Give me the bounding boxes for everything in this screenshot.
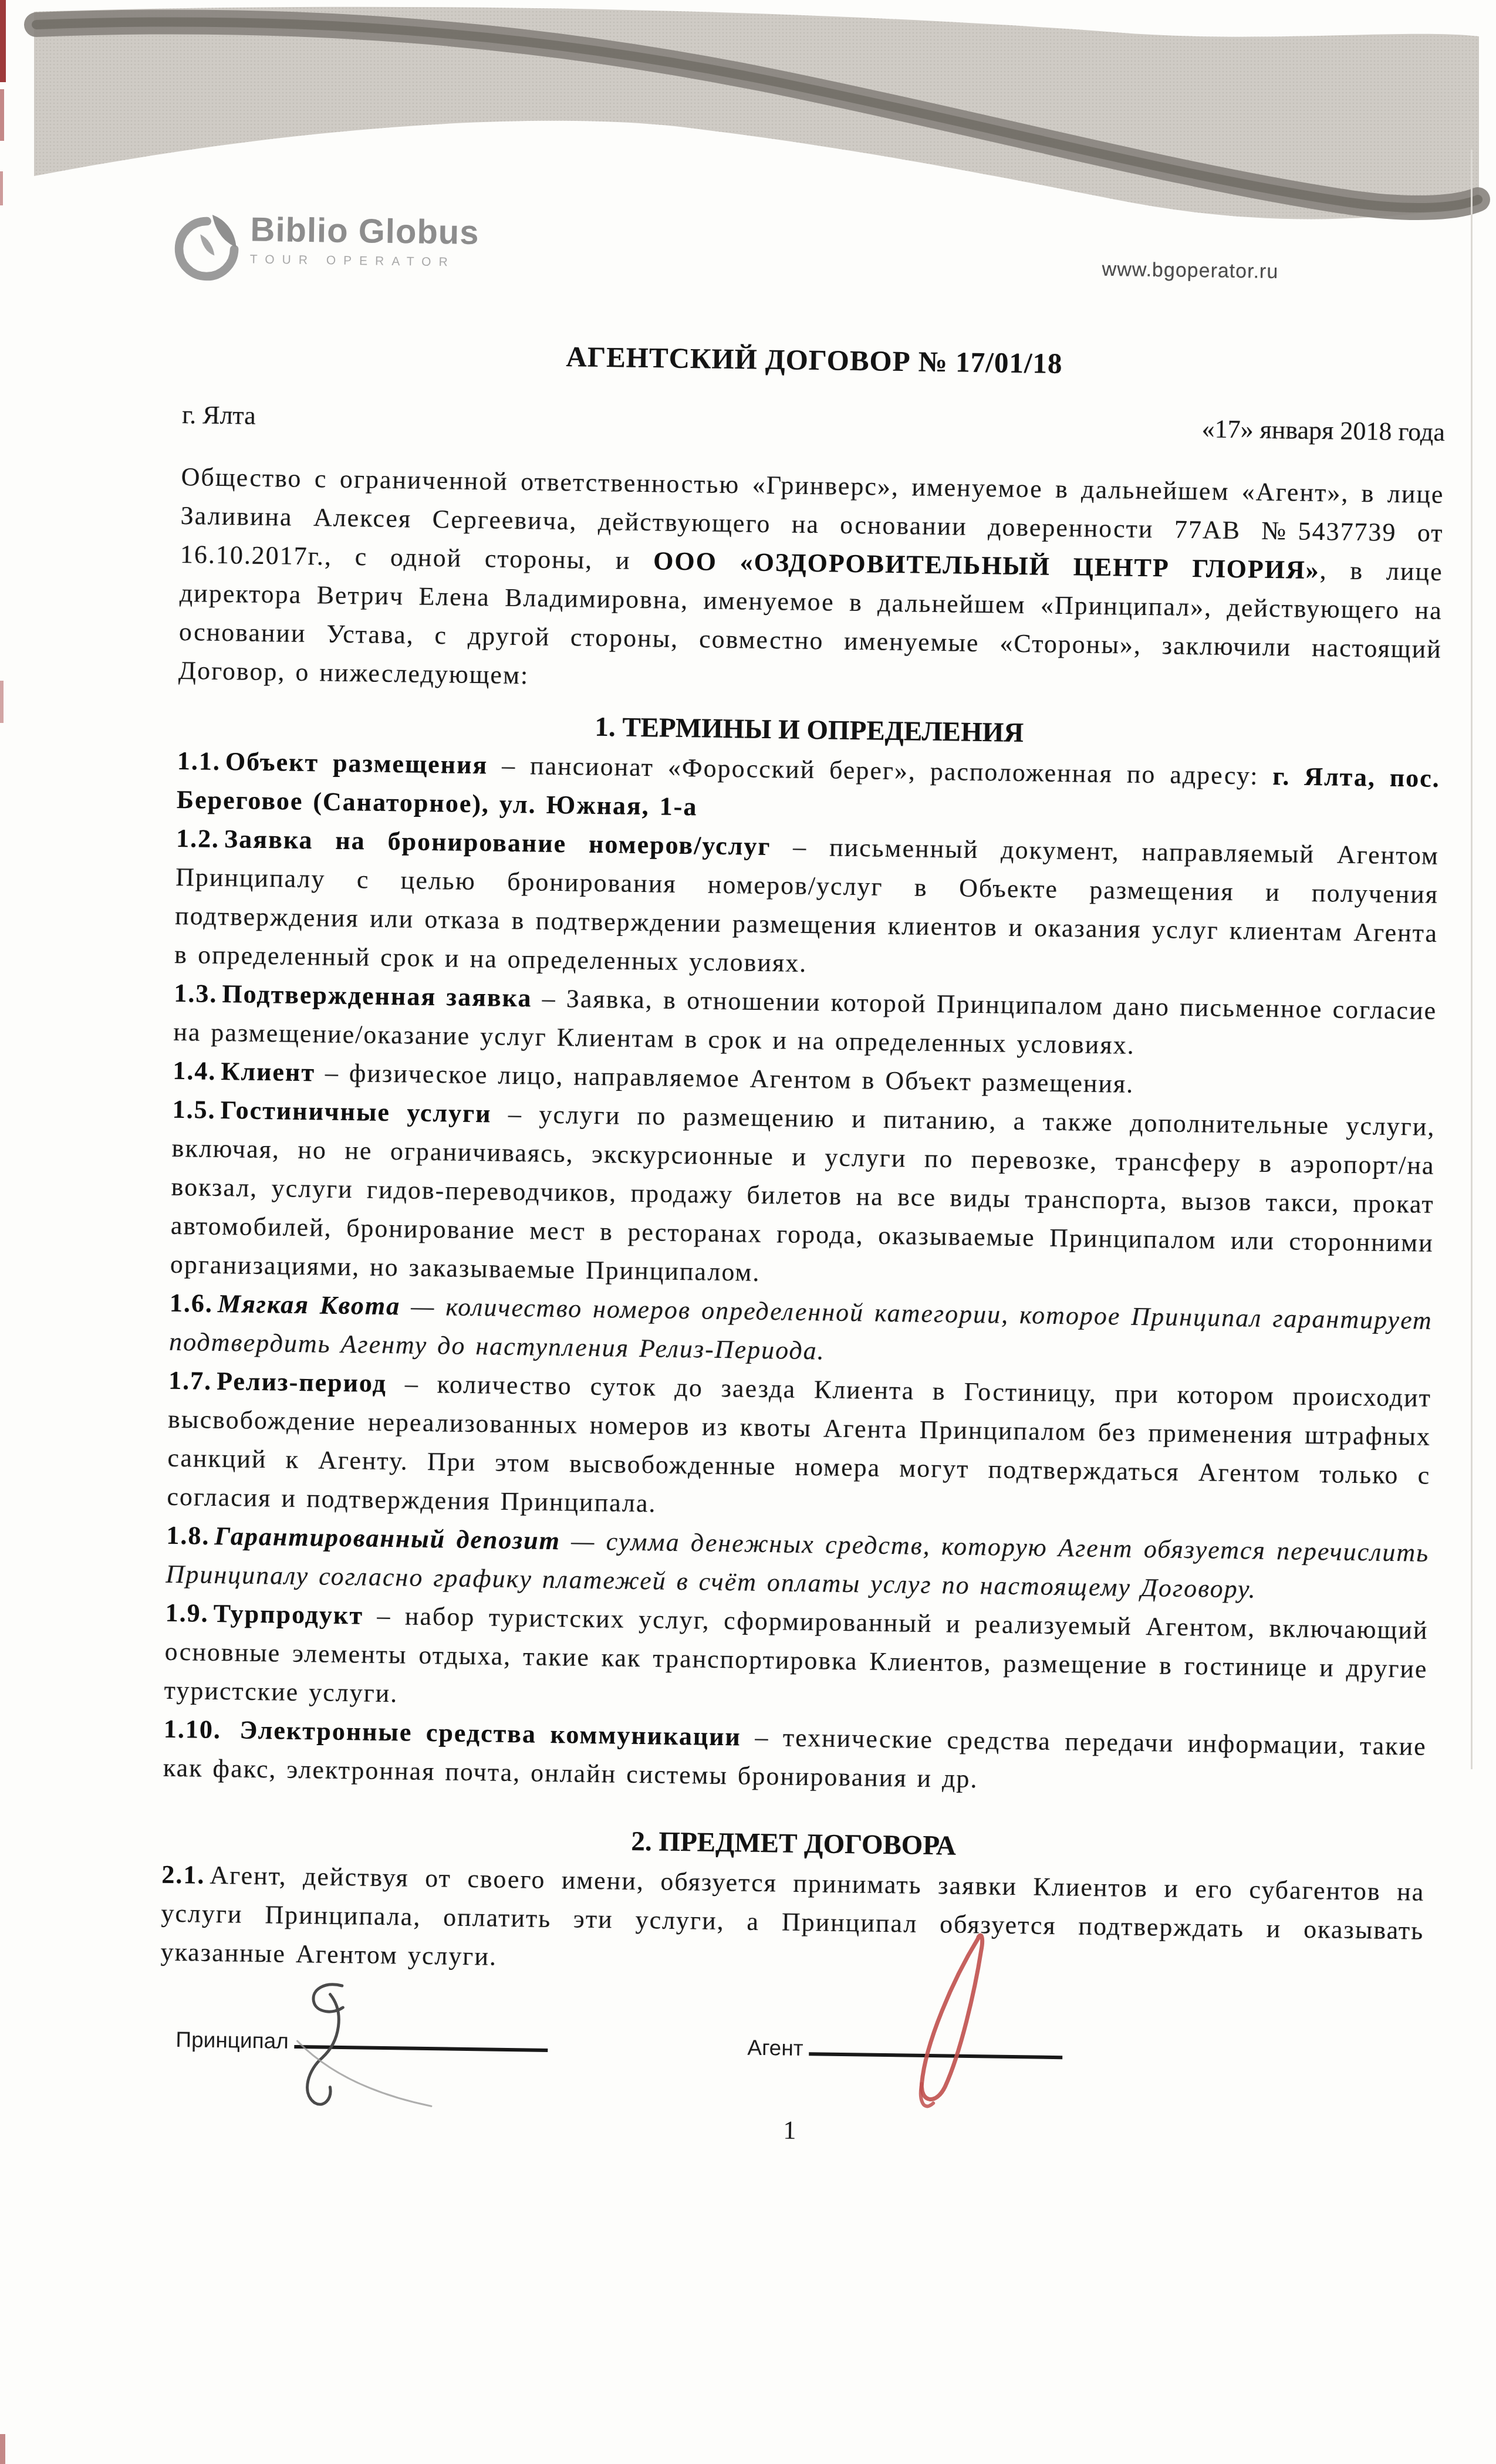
principal-company-name: ООО «ОЗДОРОВИТЕЛЬНЫЙ ЦЕНТР ГЛОРИЯ» — [653, 546, 1320, 584]
principal-signature-line — [295, 2025, 549, 2052]
date-label: «17» января 2018 года — [1201, 414, 1445, 447]
clause-2.1: 2.1.Агент, действуя от своего имени, обя… — [160, 1855, 1425, 1989]
scanned-contract-page: { "colors": { "paper": "#fdfdfb", "halft… — [0, 0, 1496, 2464]
clause-1.2: 1.2.Заявка на бронирование номеров/услуг… — [174, 819, 1439, 992]
principal-label: Принципал — [175, 2027, 289, 2053]
paper-background: Biblio Globus TOUR OPERATOR www.bgoperat… — [0, 0, 1496, 2464]
preamble-paragraph: Общество с ограниченной ответственностью… — [178, 458, 1444, 708]
document-header: Biblio Globus TOUR OPERATOR www.bgoperat… — [173, 211, 1448, 317]
agent-signature-block: Агент — [747, 2032, 1063, 2064]
contract-title: АГЕНТСКИЙ ДОГОВОР № 17/01/18 — [183, 334, 1446, 386]
section-1-clauses: 1.1.Объект размещения – пансионат «Форос… — [163, 742, 1440, 1805]
principal-signature-block: Принципал — [175, 2023, 548, 2057]
globe-swirl-icon — [173, 211, 240, 285]
place-date-row: г. Ялта «17» января 2018 года — [182, 400, 1446, 447]
place-label: г. Ялта — [182, 400, 256, 431]
section-2-clauses: 2.1.Агент, действуя от своего имени, обя… — [160, 1855, 1425, 1989]
agent-label: Агент — [747, 2036, 803, 2060]
signature-row: Принципал Агент — [158, 2007, 1423, 2113]
paper-edge-line — [1471, 150, 1473, 1769]
left-edge-mark — [0, 0, 6, 82]
clause-1.9: 1.9.Турпродукт – набор туристских услуг,… — [164, 1594, 1429, 1728]
left-edge-mark — [0, 89, 4, 141]
brand-tagline: TOUR OPERATOR — [250, 252, 479, 269]
clause-1.5: 1.5.Гостиничные услуги – услуги по разме… — [170, 1090, 1435, 1302]
left-edge-mark — [0, 171, 3, 205]
document-content: Biblio Globus TOUR OPERATOR www.bgoperat… — [158, 211, 1448, 2154]
left-edge-mark — [0, 2434, 5, 2464]
clause-1.7: 1.7.Релиз-период – количество суток до з… — [167, 1361, 1431, 1534]
website-url: www.bgoperator.ru — [1102, 258, 1278, 283]
left-edge-mark — [0, 681, 4, 723]
agent-signature-line — [809, 2032, 1063, 2059]
logo-text: Biblio Globus TOUR OPERATOR — [250, 212, 479, 270]
brand-name: Biblio Globus — [250, 212, 479, 251]
